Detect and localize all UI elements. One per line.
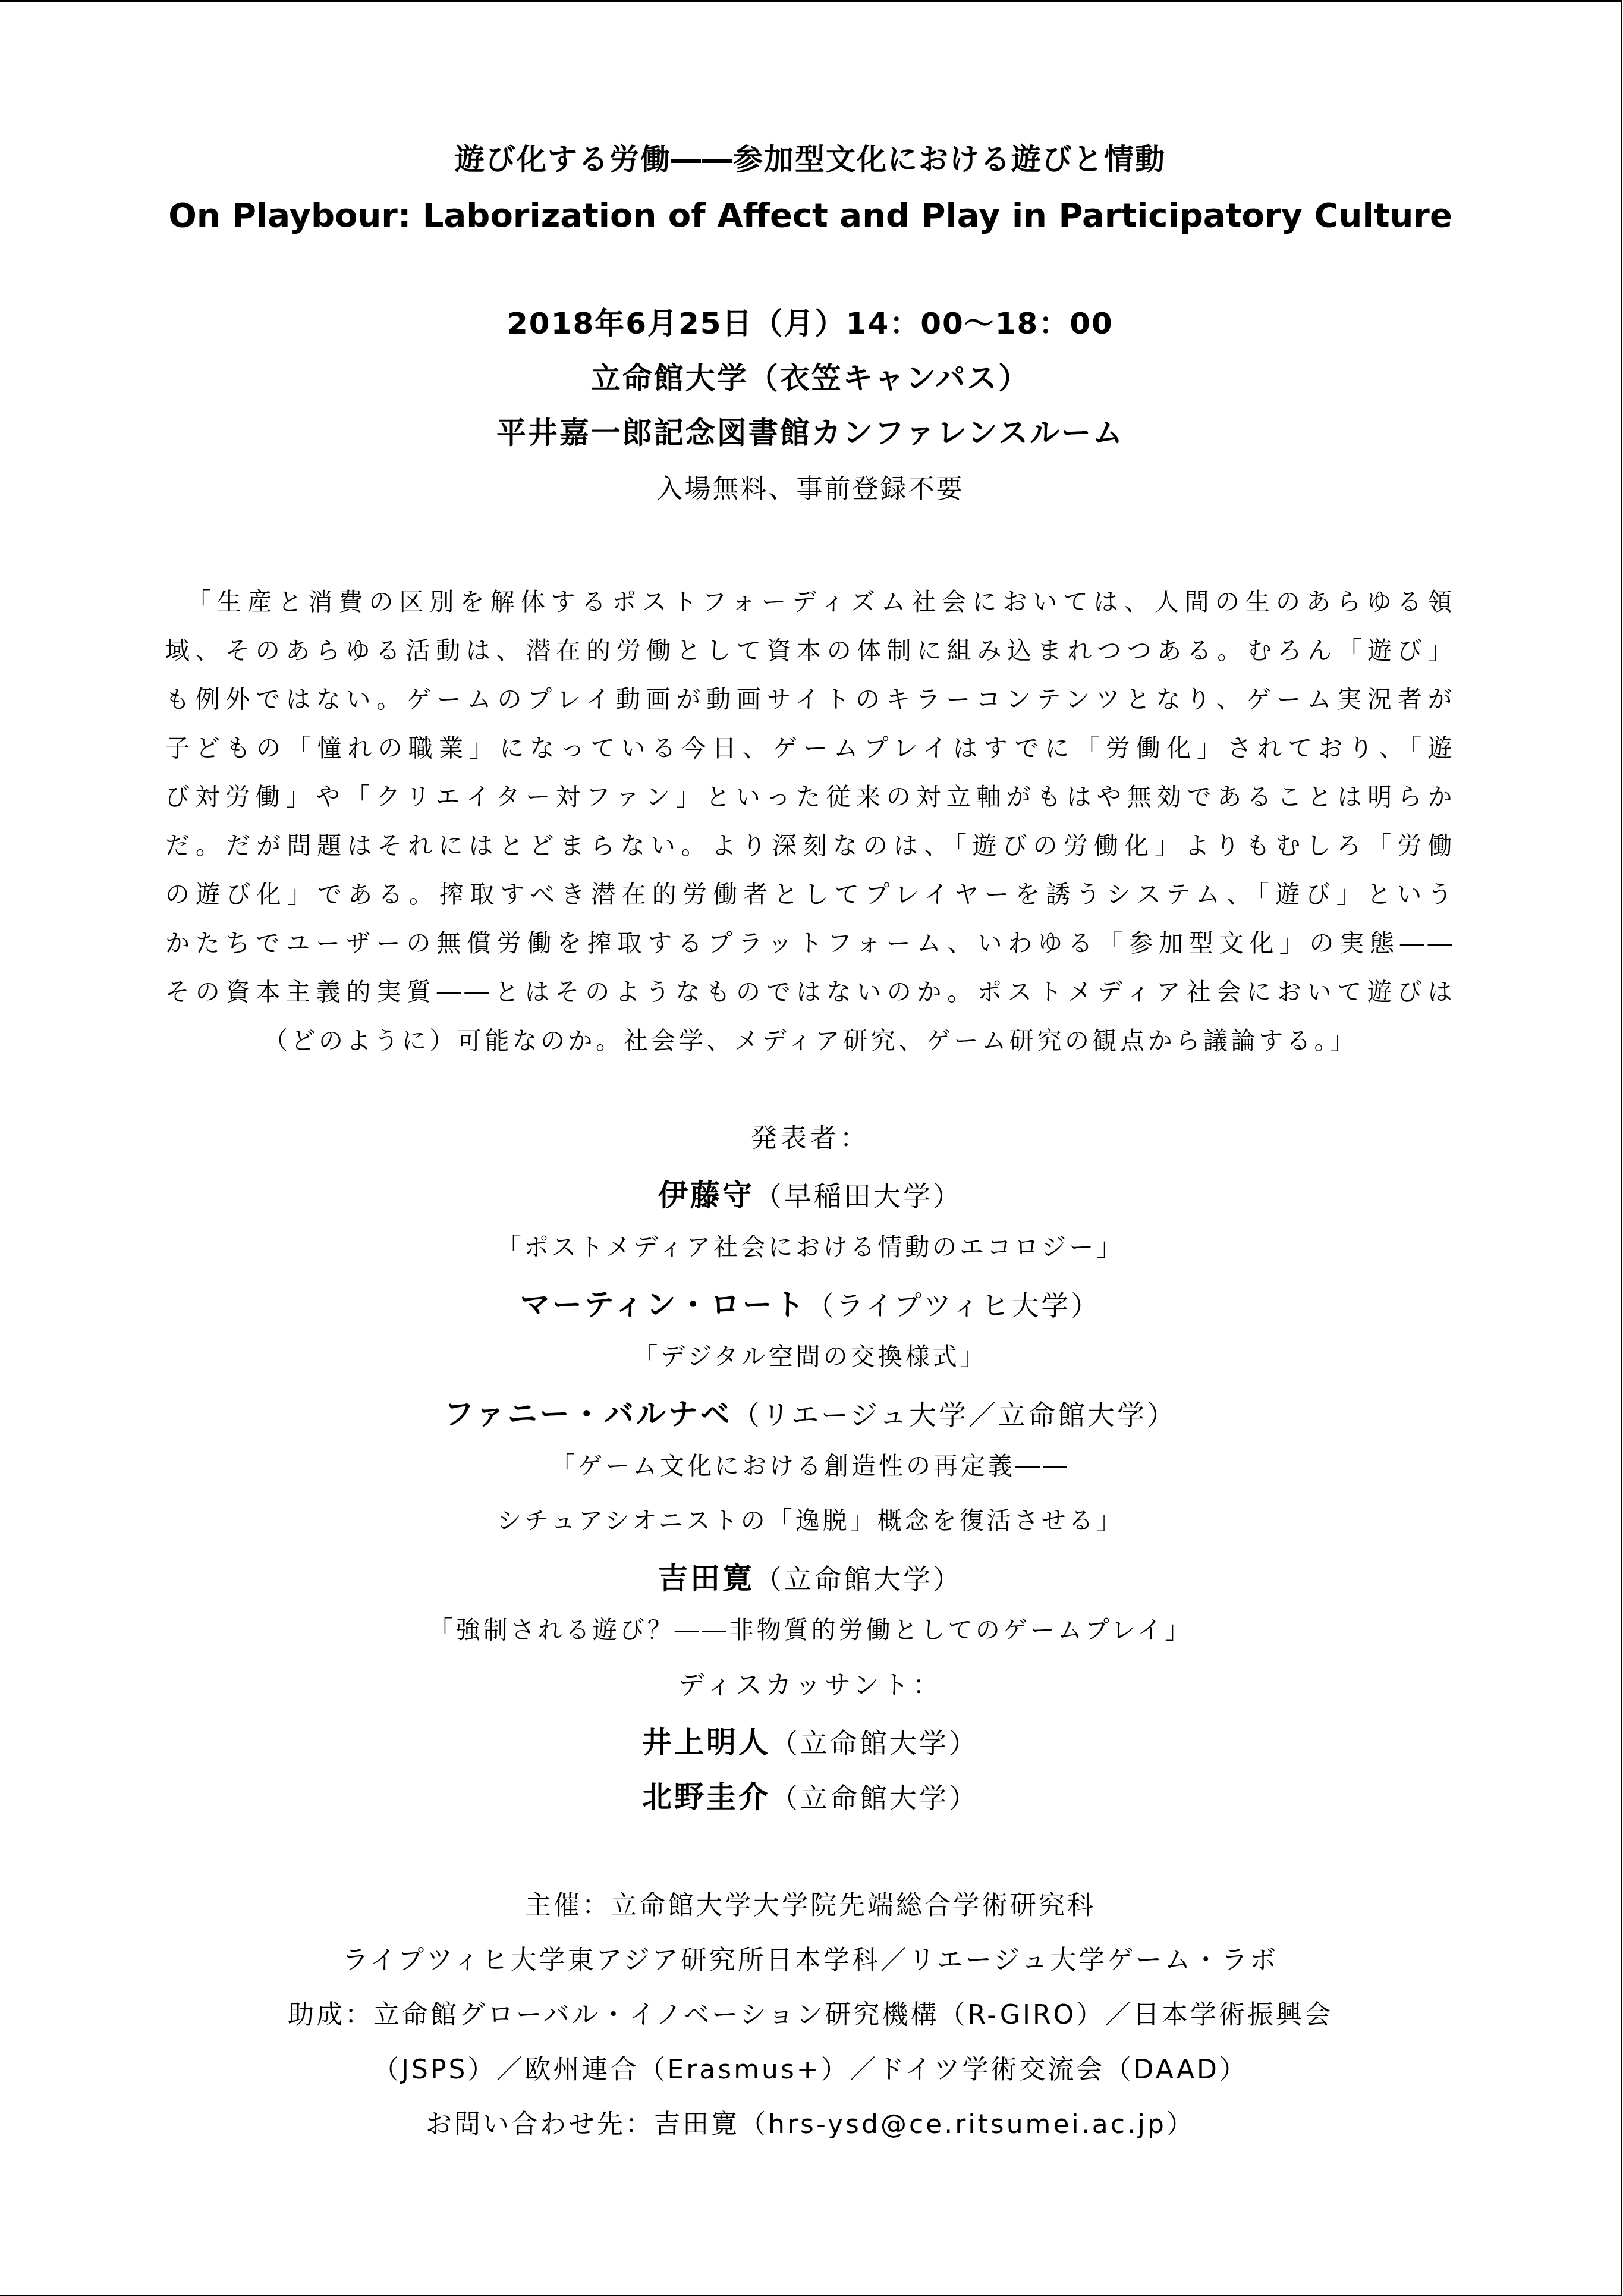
speaker-affiliation: （早稲田大学） <box>754 1180 963 1212</box>
discussant-name: 井上明人 <box>642 1725 770 1760</box>
talk-title-line-2: シチュアシオニストの「逸脱」概念を復活させる」 <box>0 1509 1621 1563</box>
admission-note: 入場無料、事前登録不要 <box>0 476 1621 502</box>
speaker-roth: マーティン・ロート（ライプツィヒ大学） <box>0 1290 1621 1345</box>
credits-section: 主催：立命館大学大学院先端総合学術研究科 ライプツィヒ大学東アジア研究所日本学科… <box>0 1893 1621 2166</box>
abstract-line: （どのように）可能なのか。社会学、メディア研究、ゲーム研究の観点から議論する。」 <box>165 1016 1455 1065</box>
organizer: 主催：立命館大学大学院先端総合学術研究科 <box>0 1893 1621 1948</box>
speaker-name: ファニー・バルナベ <box>444 1397 732 1431</box>
contact: お問い合わせ先：吉田寛（hrs-ysd@ce.ritsumei.ac.jp） <box>0 2112 1621 2166</box>
funding-line-1: 助成：立命館グローバル・イノベーション研究機構（R-GIRO）／日本学術振興会 <box>0 2002 1621 2057</box>
speaker-yoshida: 吉田寛（立命館大学） <box>0 1563 1621 1618</box>
talk-title-line-1: 「ゲーム文化における創造性の再定義―― <box>0 1454 1621 1509</box>
presenters-label: 発表者： <box>0 1126 1621 1180</box>
abstract-line: の遊び化」である。搾取すべき潜在的労働者としてプレイヤーを誘うシステム、「遊び」… <box>165 870 1455 919</box>
talk-title: 「ポストメディア社会における情動のエコロジー」 <box>0 1235 1621 1290</box>
flyer-page: 遊び化する労働――参加型文化における遊びと情動 On Playbour: Lab… <box>0 0 1622 2296</box>
presenters-section: 発表者： 伊藤守（早稲田大学） 「ポストメディア社会における情動のエコロジー」 … <box>0 1126 1621 1837</box>
abstract-line: 域、そのあらゆる活動は、潜在的労働として資本の体制に組み込まれつつある。むろん「… <box>165 626 1455 675</box>
abstract-line: も例外ではない。ゲームのプレイ動画が動画サイトのキラーコンテンツとなり、ゲーム実… <box>165 675 1455 724</box>
abstract-line: び対労働」や「クリエイター対ファン」といった従来の対立軸がもはや無効であることは… <box>165 772 1455 821</box>
speaker-barnabe: ファニー・バルナベ（リエージュ大学／立命館大学） <box>0 1399 1621 1454</box>
discussant-affiliation: （立命館大学） <box>770 1727 979 1759</box>
abstract-line: その資本主義的実質――とはそのようなものではないのか。ポストメディア社会において… <box>165 968 1455 1016</box>
funding-line-2: （JSPS）／欧州連合（Erasmus+）／ドイツ学術交流会（DAAD） <box>0 2057 1621 2112</box>
speaker-name: 吉田寛 <box>658 1561 754 1595</box>
co-organizers: ライプツィヒ大学東アジア研究所日本学科／リエージュ大学ゲーム・ラボ <box>0 1948 1621 2002</box>
event-datetime: 2018年6月25日（月）14：00～18：00 <box>0 309 1621 338</box>
speaker-name: 伊藤守 <box>658 1178 754 1213</box>
event-room: 平井嘉一郎記念図書館カンファレンスルーム <box>0 418 1621 448</box>
discussant-kitano: 北野圭介（立命館大学） <box>0 1782 1621 1837</box>
talk-title: 「強制される遊び？――非物質的労働としてのゲームプレイ」 <box>0 1618 1621 1673</box>
discussant-affiliation: （立命館大学） <box>770 1782 979 1814</box>
discussant-name: 北野圭介 <box>642 1780 770 1814</box>
discussants-label: ディスカッサント： <box>0 1673 1621 1728</box>
speaker-ito: 伊藤守（早稲田大学） <box>0 1180 1621 1235</box>
event-venue: 立命館大学（衣笠キャンパス） <box>0 363 1621 393</box>
speaker-affiliation: （リエージュ大学／立命館大学） <box>732 1399 1177 1431</box>
abstract-line: だ。だが問題はそれにはとどまらない。より深刻なのは、「遊びの労働化」よりもむしろ… <box>165 821 1455 870</box>
contact-label: お問い合わせ先：吉田寛 <box>426 2109 740 2140</box>
speaker-affiliation: （立命館大学） <box>754 1563 963 1595</box>
title-english: On Playbour: Laborization of Affect and … <box>0 199 1621 233</box>
contact-email[interactable]: （hrs-ysd@ce.ritsumei.ac.jp） <box>740 2109 1195 2140</box>
speaker-name: マーティン・ロート <box>520 1287 807 1322</box>
abstract-line: かたちでユーザーの無償労働を搾取するプラットフォーム、いわゆる「参加型文化」の実… <box>165 919 1455 968</box>
abstract-paragraph: 「生産と消費の区別を解体するポストフォーディズム社会においては、人間の生のあらゆ… <box>165 577 1455 1065</box>
abstract-line: 「生産と消費の区別を解体するポストフォーディズム社会においては、人間の生のあらゆ… <box>165 577 1455 626</box>
speaker-affiliation: （ライプツィヒ大学） <box>807 1289 1100 1321</box>
discussant-inoue: 井上明人（立命館大学） <box>0 1728 1621 1782</box>
abstract-line: 子どもの「憧れの職業」になっている今日、ゲームプレイはすでに「労働化」されており… <box>165 724 1455 772</box>
talk-title: 「デジタル空間の交換様式」 <box>0 1345 1621 1399</box>
title-japanese: 遊び化する労働――参加型文化における遊びと情動 <box>0 145 1621 174</box>
